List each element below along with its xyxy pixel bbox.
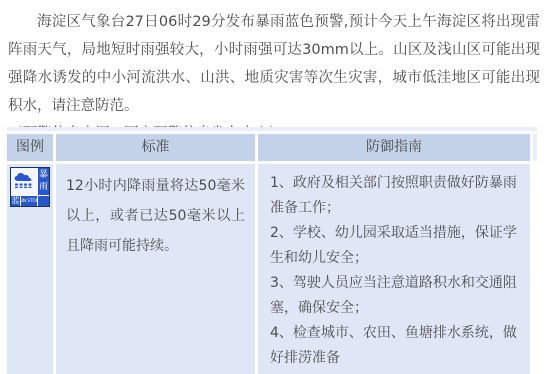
table-top-strip (7, 127, 537, 131)
header-standard: 标准 (56, 134, 255, 161)
header-legend: 图例 (7, 134, 53, 161)
guide-item: 2、学校、幼儿园采取适当措施，保证学生和幼儿安全； (270, 221, 520, 271)
guide-cell: 1、政府及相关部门按照职责做好防暴雨准备工作； 2、学校、幼儿园采取适当措施，保… (258, 164, 530, 374)
rainstorm-blue-warning-icon: 暴雨 蓝 RAIN STORM (10, 167, 50, 207)
guide-item: 1、政府及相关部门按照职责做好防暴雨准备工作； (270, 171, 520, 221)
rain-cloud-icon (11, 168, 37, 195)
announcement-paragraph: 海淀区气象台27日06时29分发布暴雨蓝色预警,预计今天上午海淀区将出现雷阵雨天… (8, 8, 540, 120)
warning-en-label: RAIN STORM (21, 198, 37, 203)
warning-level-strip: 蓝 RAIN STORM (11, 196, 37, 206)
weather-warning-page: 海淀区气象台27日06时29分发布暴雨蓝色预警,预计今天上午海淀区将出现雷阵雨天… (0, 0, 550, 374)
warning-level-label: 蓝 (11, 196, 21, 206)
warning-en-box: RAIN STORM (21, 196, 37, 206)
header-guide: 防御指南 (258, 134, 530, 161)
warning-table: 图例 标准 防御指南 (7, 127, 537, 374)
announcement-section: 海淀区气象台27日06时29分发布暴雨蓝色预警,预计今天上午海淀区将出现雷阵雨天… (0, 0, 550, 148)
header-right-sliver (533, 134, 537, 161)
warning-name-label: 暴雨 (38, 168, 49, 195)
warning-strip-filler (38, 196, 49, 206)
guide-item: 4、检查城市、农田、鱼塘排水系统，做好排涝准备 (270, 321, 520, 371)
row-right-sliver (533, 164, 537, 374)
guide-item: 3、驾驶人员应当注意道路积水和交通阻塞，确保安全； (270, 271, 520, 321)
legend-cell: 暴雨 蓝 RAIN STORM (7, 164, 53, 374)
standard-cell: 12小时内降雨量将达50毫米以上，或者已达50毫米以上且降雨可能持续。 (56, 164, 255, 374)
